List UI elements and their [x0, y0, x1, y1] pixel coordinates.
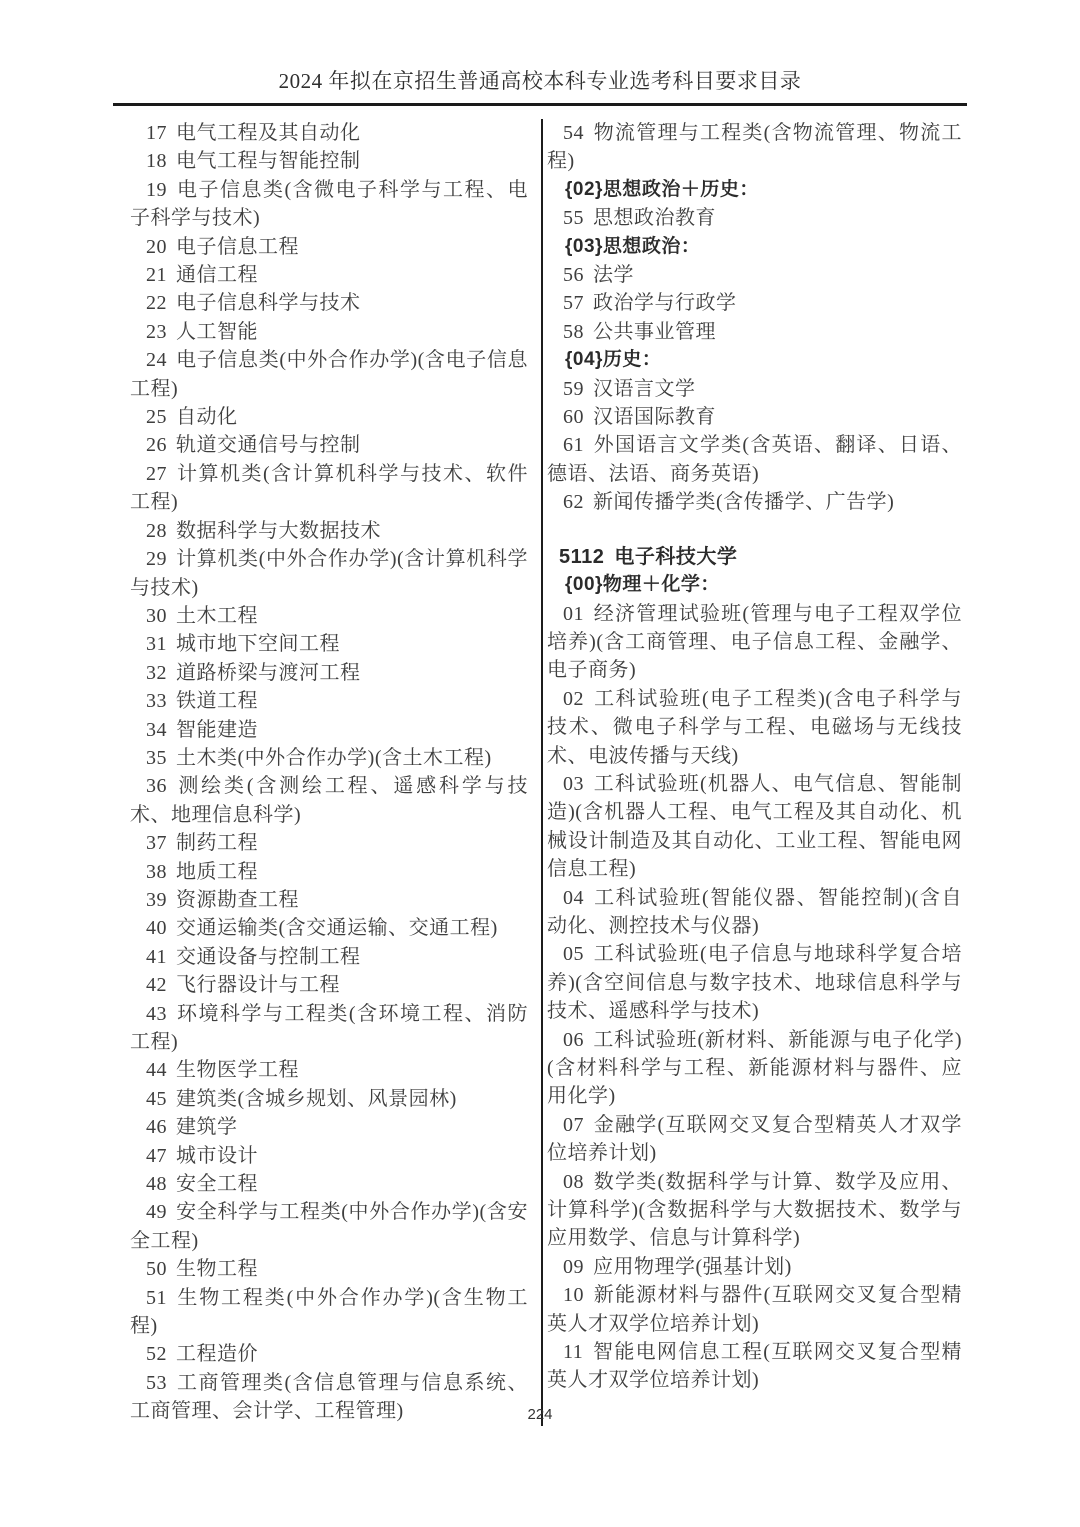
major-name: 物流管理与工程类(含物流管理、物流工程)	[547, 122, 962, 172]
major-number: 09	[563, 1256, 584, 1278]
major-name: 铁道工程	[176, 690, 258, 712]
major-name: 金融学(互联网交叉复合型精英人才双学位培养计划)	[547, 1114, 962, 1164]
major-item: 10新能源材料与器件(互联网交叉复合型精英人才双学位培养计划)	[547, 1281, 962, 1338]
major-number: 03	[563, 773, 584, 795]
major-item: 35土木类(中外合作办学)(含土木工程)	[130, 744, 528, 772]
major-number: 26	[146, 434, 167, 456]
major-item: 50生物工程	[130, 1255, 528, 1283]
major-name: 新能源材料与器件(互联网交叉复合型精英人才双学位培养计划)	[547, 1284, 962, 1334]
major-number: 02	[563, 688, 584, 710]
major-number: 61	[563, 434, 584, 456]
major-item: 06工科试验班(新材料、新能源与电子化学)(含材料科学与工程、新能源材料与器件、…	[547, 1026, 962, 1111]
major-name: 数据科学与大数据技术	[176, 520, 381, 542]
major-number: 08	[563, 1171, 584, 1193]
major-name: 生物医学工程	[176, 1059, 299, 1081]
major-name: 交通运输类(含交通运输、交通工程)	[176, 917, 498, 939]
major-name: 测绘类(含测绘工程、遥感科学与技术、地理信息科学)	[130, 775, 528, 825]
major-item: 51生物工程类(中外合作办学)(含生物工程)	[130, 1284, 528, 1341]
major-number: 40	[146, 917, 167, 939]
major-number: 28	[146, 520, 167, 542]
major-item: 56法学	[547, 261, 962, 289]
major-name: 外国语言文学类(含英语、翻译、日语、德语、法语、商务英语)	[547, 434, 962, 484]
major-number: 60	[563, 406, 584, 428]
major-name: 经济管理试验班(管理与电子工程双学位培养)(含工商管理、电子信息工程、金融学、电…	[547, 603, 962, 682]
major-item: 45建筑类(含城乡规划、风景园林)	[130, 1085, 528, 1113]
subject-group-heading: {02}思想政治＋历史：	[547, 176, 962, 204]
major-name: 生物工程类(中外合作办学)(含生物工程)	[130, 1287, 528, 1337]
major-name: 工科试验班(电子信息与地球科学复合培养)(含空间信息与数字技术、地球信息科学与技…	[547, 943, 962, 1022]
major-name: 城市设计	[176, 1145, 258, 1167]
major-number: 46	[146, 1116, 167, 1138]
major-item: 59汉语言文学	[547, 375, 962, 403]
major-item: 26轨道交通信号与控制	[130, 431, 528, 459]
major-item: 34智能建造	[130, 716, 528, 744]
subject-group-heading: {00}物理＋化学：	[547, 571, 962, 599]
major-name: 工科试验班(电子工程类)(含电子科学与技术、微电子科学与工程、电磁场与无线技术、…	[547, 688, 962, 767]
major-number: 07	[563, 1114, 584, 1136]
major-name: 环境科学与工程类(含环境工程、消防工程)	[130, 1003, 528, 1053]
major-item: 09应用物理学(强基计划)	[547, 1253, 962, 1281]
major-item: 08数学类(数据科学与计算、数学及应用、计算科学)(含数据科学与大数据技术、数学…	[547, 1168, 962, 1253]
page-title: 2024 年拟在京招生普通高校本科专业选考科目要求目录	[0, 0, 1080, 94]
major-item: 17电气工程及其自动化	[130, 119, 528, 147]
major-name: 建筑学	[176, 1116, 238, 1138]
major-name: 制药工程	[176, 832, 258, 854]
major-name: 生物工程	[176, 1258, 258, 1280]
major-item: 40交通运输类(含交通运输、交通工程)	[130, 914, 528, 942]
major-number: 42	[146, 974, 167, 996]
major-name: 轨道交通信号与控制	[176, 434, 361, 456]
major-number: 11	[563, 1341, 583, 1363]
major-number: 48	[146, 1173, 167, 1195]
major-item: 41交通设备与控制工程	[130, 943, 528, 971]
major-number: 39	[146, 889, 167, 911]
major-name: 数学类(数据科学与计算、数学及应用、计算科学)(含数据科学与大数据技术、数学与应…	[547, 1171, 962, 1250]
major-item: 31城市地下空间工程	[130, 630, 528, 658]
major-number: 54	[563, 122, 584, 144]
major-name: 飞行器设计与工程	[176, 974, 340, 996]
major-number: 18	[146, 150, 167, 172]
major-name: 计算机类(中外合作办学)(含计算机科学与技术)	[130, 548, 528, 598]
major-number: 44	[146, 1059, 167, 1081]
subject-group-label: {03}思想政治：	[565, 236, 700, 257]
major-number: 33	[146, 690, 167, 712]
major-item: 21通信工程	[130, 261, 528, 289]
major-item: 30土木工程	[130, 602, 528, 630]
major-name: 安全工程	[176, 1173, 258, 1195]
major-item: 28数据科学与大数据技术	[130, 517, 528, 545]
major-item: 19电子信息类(含微电子科学与工程、电子科学与技术)	[130, 176, 528, 233]
major-item: 27计算机类(含计算机科学与技术、软件工程)	[130, 460, 528, 517]
major-item: 11智能电网信息工程(互联网交叉复合型精英人才双学位培养计划)	[547, 1338, 962, 1395]
major-item: 24电子信息类(中外合作办学)(含电子信息工程)	[130, 346, 528, 403]
subject-group-label: {02}思想政治＋历史：	[565, 179, 759, 200]
major-number: 27	[146, 463, 167, 485]
major-number: 37	[146, 832, 167, 854]
major-number: 45	[146, 1088, 167, 1110]
major-number: 20	[146, 236, 167, 258]
major-name: 交通设备与控制工程	[176, 946, 361, 968]
major-number: 32	[146, 662, 167, 684]
major-number: 57	[563, 292, 584, 314]
major-name: 法学	[593, 264, 634, 286]
major-item: 23人工智能	[130, 318, 528, 346]
major-item: 44生物医学工程	[130, 1056, 528, 1084]
major-number: 62	[563, 491, 584, 513]
major-item: 37制药工程	[130, 829, 528, 857]
major-name: 电子信息类(含微电子科学与工程、电子科学与技术)	[130, 179, 528, 229]
major-number: 35	[146, 747, 167, 769]
major-number: 51	[146, 1287, 167, 1309]
major-name: 汉语国际教育	[593, 406, 716, 428]
major-number: 56	[563, 264, 584, 286]
major-item: 22电子信息科学与技术	[130, 289, 528, 317]
major-number: 52	[146, 1343, 167, 1365]
major-number: 31	[146, 633, 167, 655]
major-item: 03工科试验班(机器人、电气信息、智能制造)(含机器人工程、电气工程及其自动化、…	[547, 770, 962, 884]
major-name: 城市地下空间工程	[176, 633, 340, 655]
subject-group-heading: {04}历史：	[547, 346, 962, 374]
catalog-page: { "page": { "title": "2024 年拟在京招生普通高校本科专…	[0, 0, 1080, 1527]
major-number: 41	[146, 946, 167, 968]
major-number: 30	[146, 605, 167, 627]
major-number: 23	[146, 321, 167, 343]
major-number: 29	[146, 548, 167, 570]
major-name: 计算机类(含计算机科学与技术、软件工程)	[130, 463, 528, 513]
major-name: 地质工程	[176, 861, 258, 883]
major-item: 48安全工程	[130, 1170, 528, 1198]
major-name: 建筑类(含城乡规划、风景园林)	[176, 1088, 457, 1110]
major-item: 49安全科学与工程类(中外合作办学)(含安全工程)	[130, 1198, 528, 1255]
major-number: 25	[146, 406, 167, 428]
major-number: 49	[146, 1201, 167, 1223]
major-item: 32道路桥梁与渡河工程	[130, 659, 528, 687]
subject-group-heading: {03}思想政治：	[547, 233, 962, 261]
major-name: 道路桥梁与渡河工程	[176, 662, 361, 684]
major-name: 政治学与行政学	[593, 292, 737, 314]
major-item: 38地质工程	[130, 858, 528, 886]
subject-group-label: {00}物理＋化学：	[565, 574, 720, 595]
major-item: 20电子信息工程	[130, 233, 528, 261]
major-item: 39资源勘查工程	[130, 886, 528, 914]
major-item: 61外国语言文学类(含英语、翻译、日语、德语、法语、商务英语)	[547, 431, 962, 488]
major-item: 02工科试验班(电子工程类)(含电子科学与技术、微电子科学与工程、电磁场与无线技…	[547, 685, 962, 770]
major-name: 电气工程及其自动化	[176, 122, 361, 144]
major-item: 42飞行器设计与工程	[130, 971, 528, 999]
major-item: 33铁道工程	[130, 687, 528, 715]
major-name: 工科试验班(新材料、新能源与电子化学)(含材料科学与工程、新能源材料与器件、应用…	[547, 1029, 962, 1108]
major-name: 安全科学与工程类(中外合作办学)(含安全工程)	[130, 1201, 528, 1251]
major-item: 25自动化	[130, 403, 528, 431]
school-code: 5112	[559, 546, 604, 568]
major-number: 38	[146, 861, 167, 883]
major-item: 52工程造价	[130, 1340, 528, 1368]
major-name: 应用物理学(强基计划)	[593, 1256, 792, 1278]
subject-group-label: {04}历史：	[565, 349, 661, 370]
major-number: 59	[563, 378, 584, 400]
major-number: 01	[563, 603, 584, 625]
major-name: 思想政治教育	[593, 207, 716, 229]
major-number: 17	[146, 122, 167, 144]
major-number: 22	[146, 292, 167, 314]
major-item: 46建筑学	[130, 1113, 528, 1141]
page-number: 224	[0, 1406, 1080, 1423]
major-number: 04	[563, 887, 584, 909]
major-number: 50	[146, 1258, 167, 1280]
content-columns: 17电气工程及其自动化 18电气工程与智能控制 19电子信息类(含微电子科学与工…	[130, 119, 1080, 1426]
major-number: 19	[146, 179, 167, 201]
major-item: 36测绘类(含测绘工程、遥感科学与技术、地理信息科学)	[130, 772, 528, 829]
major-number: 06	[563, 1029, 584, 1051]
major-item: 18电气工程与智能控制	[130, 147, 528, 175]
major-name: 通信工程	[176, 264, 258, 286]
major-name: 电气工程与智能控制	[176, 150, 361, 172]
major-name: 土木类(中外合作办学)(含土木工程)	[176, 747, 492, 769]
major-name: 公共事业管理	[593, 321, 716, 343]
major-name: 新闻传播学类(含传播学、广告学)	[593, 491, 894, 513]
major-name: 电子信息工程	[176, 236, 299, 258]
major-number: 05	[563, 943, 584, 965]
major-name: 电子信息类(中外合作办学)(含电子信息工程)	[130, 349, 528, 399]
major-item: 47城市设计	[130, 1142, 528, 1170]
school-name: 电子科技大学	[614, 546, 737, 568]
major-number: 36	[146, 775, 167, 797]
major-item: 55思想政治教育	[547, 204, 962, 232]
major-name: 工程造价	[176, 1343, 258, 1365]
major-item: 60汉语国际教育	[547, 403, 962, 431]
major-name: 工科试验班(智能仪器、智能控制)(含自动化、测控技术与仪器)	[547, 887, 962, 937]
major-number: 47	[146, 1145, 167, 1167]
major-item: 54物流管理与工程类(含物流管理、物流工程)	[547, 119, 962, 176]
major-number: 34	[146, 719, 167, 741]
major-number: 43	[146, 1003, 167, 1025]
column-divider	[541, 119, 543, 1426]
major-name: 智能建造	[176, 719, 258, 741]
major-item: 04工科试验班(智能仪器、智能控制)(含自动化、测控技术与仪器)	[547, 884, 962, 941]
major-item: 62新闻传播学类(含传播学、广告学)	[547, 488, 962, 516]
major-number: 24	[146, 349, 167, 371]
major-number: 58	[563, 321, 584, 343]
major-name: 自动化	[176, 406, 238, 428]
major-item: 43环境科学与工程类(含环境工程、消防工程)	[130, 1000, 528, 1057]
major-number: 55	[563, 207, 584, 229]
major-name: 土木工程	[176, 605, 258, 627]
major-name: 工科试验班(机器人、电气信息、智能制造)(含机器人工程、电气工程及其自动化、机械…	[547, 773, 962, 880]
major-number: 10	[563, 1284, 584, 1306]
major-number: 21	[146, 264, 167, 286]
major-item: 07金融学(互联网交叉复合型精英人才双学位培养计划)	[547, 1111, 962, 1168]
school-heading: 5112电子科技大学	[547, 543, 962, 571]
major-name: 人工智能	[176, 321, 258, 343]
left-column: 17电气工程及其自动化 18电气工程与智能控制 19电子信息类(含微电子科学与工…	[130, 119, 528, 1426]
major-number: 53	[146, 1372, 167, 1394]
major-name: 汉语言文学	[593, 378, 696, 400]
major-item: 01经济管理试验班(管理与电子工程双学位培养)(含工商管理、电子信息工程、金融学…	[547, 600, 962, 685]
right-column: 54物流管理与工程类(含物流管理、物流工程) {02}思想政治＋历史： 55思想…	[547, 119, 962, 1426]
major-item: 58公共事业管理	[547, 318, 962, 346]
major-item: 05工科试验班(电子信息与地球科学复合培养)(含空间信息与数字技术、地球信息科学…	[547, 940, 962, 1025]
major-name: 电子信息科学与技术	[176, 292, 361, 314]
major-item: 57政治学与行政学	[547, 289, 962, 317]
major-name: 智能电网信息工程(互联网交叉复合型精英人才双学位培养计划)	[547, 1341, 962, 1391]
major-name: 资源勘查工程	[176, 889, 299, 911]
header-rule	[113, 103, 967, 106]
major-item: 29计算机类(中外合作办学)(含计算机科学与技术)	[130, 545, 528, 602]
